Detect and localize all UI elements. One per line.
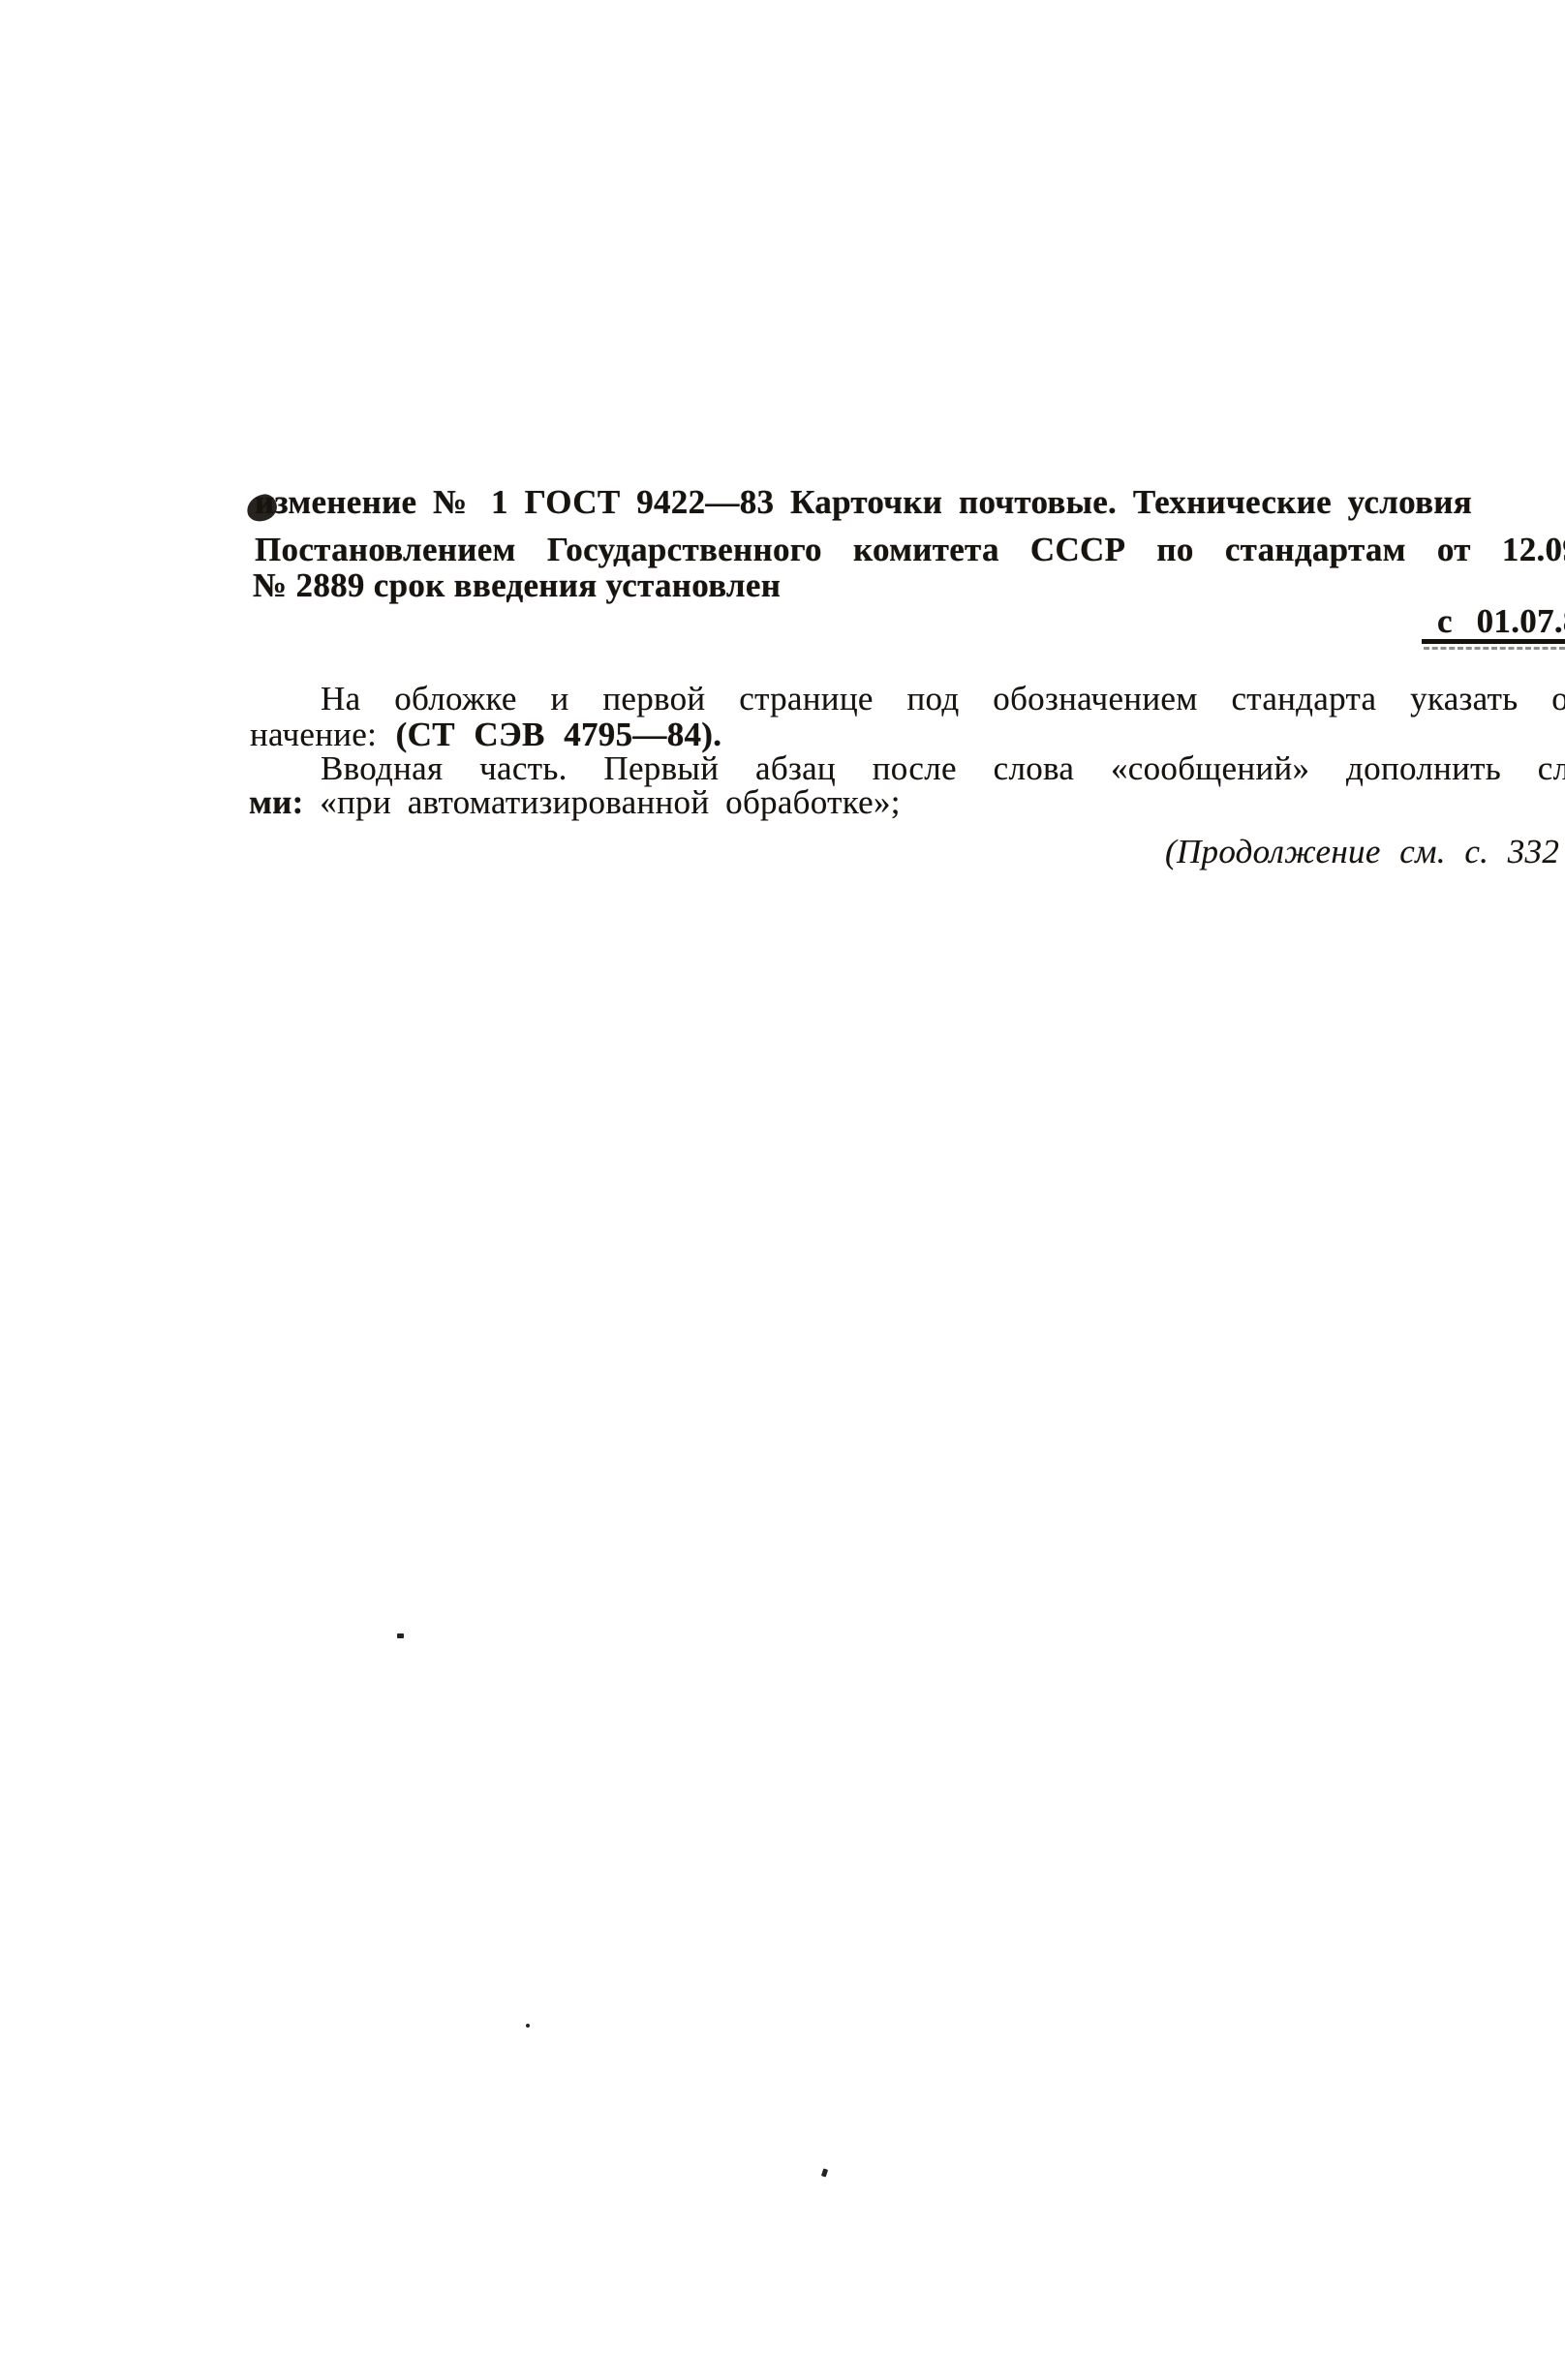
paragraph-2-line-1: Вводная часть. Первый абзац после слова … [253,750,1565,787]
standard-reference: (СТ СЭВ 4795—84). [396,716,722,753]
paragraph-1-line-1: На обложке и первой странице под обознач… [253,681,1565,717]
amendment-title: изменение № 1 ГОСТ 9422—83 Карточки почт… [255,484,1472,521]
paragraph-1-line-2-prefix: начение: [250,716,396,753]
scanned-document-page: изменение № 1 ГОСТ 9422—83 Карточки почт… [0,0,1565,2380]
effective-date: с 01.07.8 [1437,603,1565,640]
scan-speck [526,2024,530,2028]
decree-paragraph-line-2: № 2889 срок введения установлен [253,567,781,604]
scan-speck [397,1633,404,1638]
paragraph-1-line-2: начение: (СТ СЭВ 4795—84). [250,717,721,753]
scan-speck [821,2168,828,2177]
effective-date-underline-smudge [1424,647,1565,650]
decree-paragraph-line-1: Постановлением Государственного комитета… [255,532,1565,568]
paragraph-2-line-2-text: «при автоматизированной обработке»; [304,783,901,821]
continuation-note: (Продолжение см. с. 332 [1165,834,1559,870]
paragraph-2-line-2-prefix: ми: [249,783,304,821]
paragraph-2-line-2: ми: «при автоматизированной обработке»; [249,784,901,821]
effective-date-underline [1422,639,1565,644]
